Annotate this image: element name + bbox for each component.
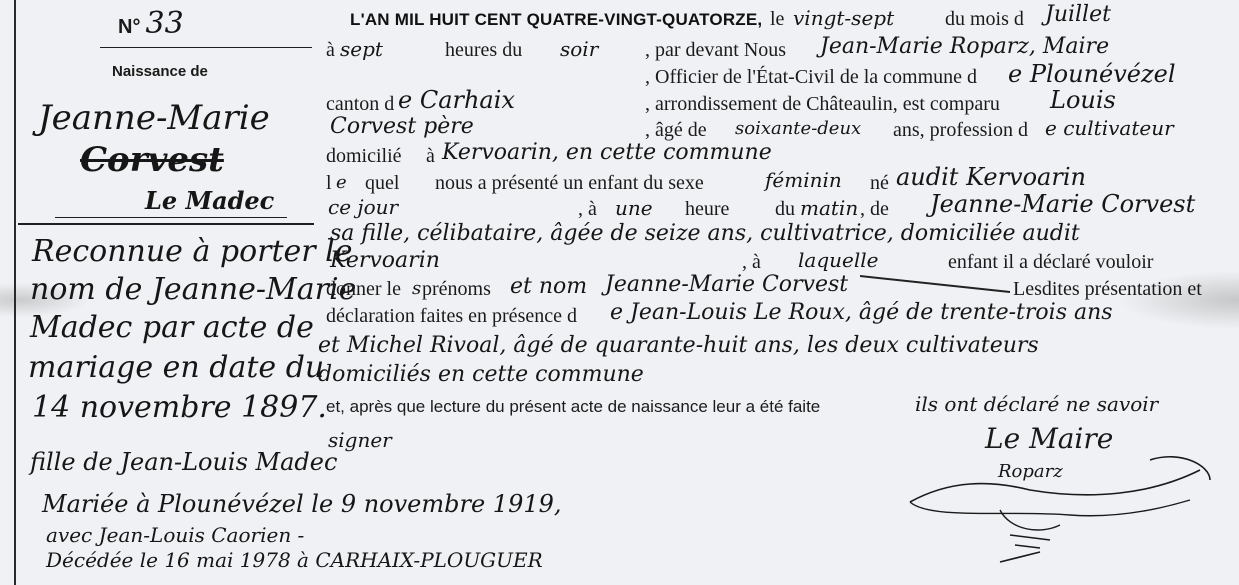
witness-domicile: domiciliés en cette commune (318, 362, 644, 387)
annotation-filiation: fille de Jean-Louis Madec (30, 448, 337, 476)
arrow-stroke-icon (860, 270, 1020, 300)
p-declaration: déclaration faites en présence d (326, 305, 577, 328)
s-hand: s (412, 278, 421, 299)
p-a: à (326, 39, 335, 62)
birthplace-value: audit Kervoarin (896, 163, 1086, 191)
record-number-label: N° (118, 16, 140, 38)
child-given-names: Jeanne-Marie (38, 98, 270, 138)
annotation-marriage-2: avec Jean-Louis Caorien - (46, 523, 304, 547)
child-surname-corrected: Le Madec (145, 186, 274, 215)
profession-value: e cultivateur (1045, 116, 1174, 140)
given-names-value: Jeanne-Marie Corvest (605, 272, 848, 297)
p-de: , de (860, 198, 889, 221)
name-underline (55, 217, 287, 218)
child-surname-struck: Corvest (80, 140, 224, 180)
year-caps: L'AN MIL HUIT CENT QUATRE-VINGT-QUATORZE… (350, 10, 762, 30)
margin-separator (18, 223, 314, 225)
p-a-hour: , à (578, 198, 597, 221)
record-number-value: 33 (146, 6, 184, 41)
p-month: du mois d (945, 8, 1024, 31)
witness1: e Jean-Louis Le Roux, âgé de trente-troi… (610, 300, 1113, 325)
number-underline (100, 47, 312, 48)
p-le: le (770, 8, 784, 31)
annotation-recognition-5: 14 novembre 1897. (32, 390, 327, 425)
p-l: l (326, 172, 332, 195)
hour-value: sept (340, 37, 383, 61)
period-value: soir (560, 37, 598, 61)
p-a-domicile: à (426, 145, 435, 168)
p-lesdites: Lesdites présentation et (1013, 278, 1202, 301)
annotation-recognition-2: nom de Jeanne-Marie (30, 272, 356, 307)
et-nom-hand: et nom (510, 274, 587, 299)
birth-period: matin (800, 196, 858, 220)
p-a-laquelle: , à (742, 251, 761, 274)
p-donner: donner le (326, 278, 401, 301)
mayor-name: Jean-Marie Roparz, Maire (820, 34, 1109, 59)
record-number: N° 33 (118, 6, 184, 41)
sex-value: féminin (765, 168, 842, 192)
signer-value: signer (328, 428, 392, 452)
p-presente: nous a présenté un enfant du sexe (435, 172, 704, 195)
p-devant: , par devant Nous (645, 39, 786, 62)
p-prenoms: prénoms (422, 278, 491, 301)
month-value: Juillet (1045, 2, 1111, 27)
civil-record-page: N° 33 Naissance de Jeanne-Marie Corvest … (0, 0, 1239, 585)
p-canton: canton d (326, 93, 394, 116)
day-value: vingt-sept (793, 6, 894, 30)
witness2: et Michel Rivoal, âgé de quarante-huit a… (318, 333, 1039, 358)
when-value: ce jour (328, 195, 398, 219)
domicile-value: Kervoarin, en cette commune (442, 140, 772, 165)
mother-detail: sa fille, célibataire, âgée de seize ans… (330, 221, 1080, 246)
margin-heading: Naissance de (112, 63, 208, 80)
annotation-recognition-1: Reconnue à porter le (32, 234, 353, 269)
p-heures: heures du (445, 39, 522, 62)
declarant-surname: Corvest père (330, 114, 474, 139)
canton-value: e Carhaix (398, 86, 515, 114)
declarant-first: Louis (1050, 86, 1116, 114)
annotation-marriage-1: Mariée à Plounévézel le 9 novembre 1919, (42, 490, 562, 518)
p-du: du (775, 198, 795, 221)
p-heure: heure (685, 198, 729, 221)
statement-value: ils ont déclaré ne savoir (915, 392, 1158, 416)
commune-value: e Plounévézel (1008, 60, 1176, 88)
birth-hour: une (615, 196, 653, 220)
signature-flourish-icon (890, 440, 1230, 570)
mother-place: Kervoarin (330, 248, 440, 273)
age-value: soixante-deux (735, 118, 861, 139)
annotation-recognition-4: mariage en date du (28, 350, 324, 385)
p-profession: ans, profession d (893, 119, 1028, 142)
annotation-recognition-3: Madec par acte de (30, 310, 314, 345)
p-age: , âgé de (645, 119, 707, 142)
laquelle-hand: laquelle (798, 248, 878, 272)
mother-name: Jeanne-Marie Corvest (930, 190, 1195, 218)
p-quel: quel (365, 172, 399, 195)
annotation-death: Décédée le 16 mai 1978 à CARHAIX-PLOUGUE… (46, 548, 543, 572)
le-hand: e (336, 172, 347, 193)
p-ne: né (870, 172, 889, 195)
p-arrond: , arrondissement de Châteaulin, est comp… (645, 93, 1000, 116)
left-margin-rule (14, 0, 16, 585)
p-lecture: et, après que lecture du présent acte de… (326, 397, 820, 417)
p-domicile: domicilié (326, 145, 402, 168)
p-officier: , Officier de l'État-Civil de la commune… (645, 66, 977, 89)
